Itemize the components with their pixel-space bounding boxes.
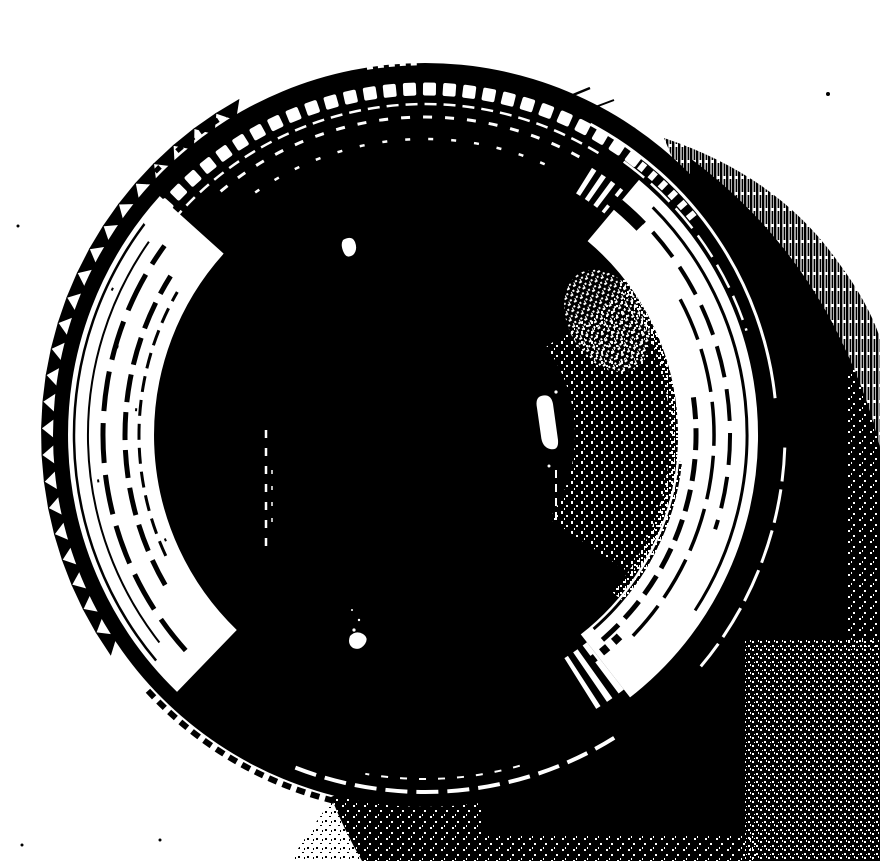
band-speck [97,479,99,482]
binarized-jar-lid-photo [0,0,880,861]
knurl-highlight-square [343,89,358,104]
background-dot [17,225,20,228]
knurl-highlight-square [423,82,436,95]
knurl-highlight-square [363,86,378,101]
photo-stage [0,0,880,861]
band-speck [135,408,137,411]
knurl-highlight-square [442,83,456,97]
highlight-dot [554,390,557,393]
highlight-dot [352,628,355,631]
knurl-highlight-square [462,85,477,100]
corner-dither [745,640,880,861]
highlight-dot [351,609,353,611]
knurl-highlight-square [383,84,397,98]
knurl-highlight-square [481,87,496,102]
background-dot [21,844,24,847]
background-dot [159,839,162,842]
highlight-dot [358,619,360,621]
highlight-dot [548,465,551,468]
knurl-highlight-square [403,83,417,97]
background-dot [826,92,830,96]
bottom-edge-dither [470,834,760,861]
